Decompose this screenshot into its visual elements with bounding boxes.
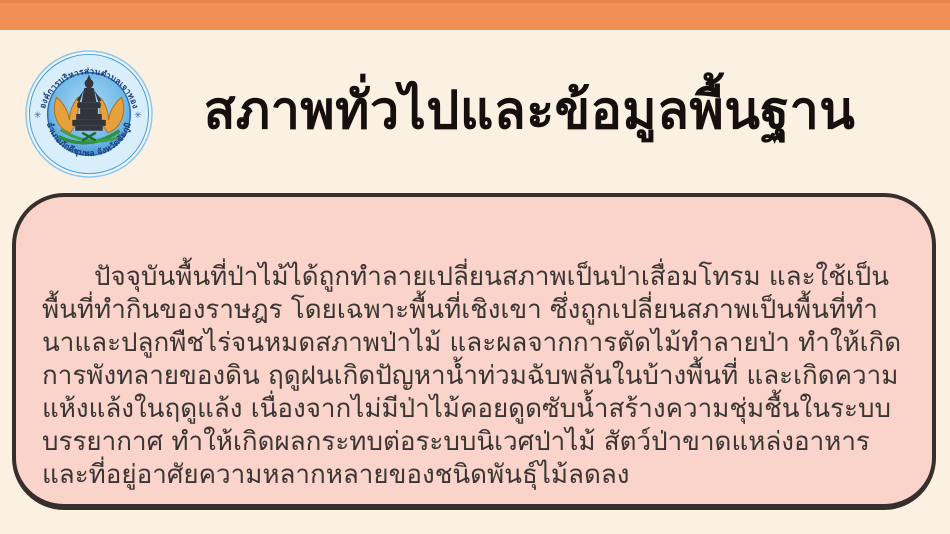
organization-seal-logo: องค์การบริหารส่วนตำบลเจาทอง อำเภอภักดีชุ… <box>25 50 153 178</box>
body-paragraph: ปัจจุบันพื้นที่ป่าไม้ได้ถูกทำลายเปลี่ยนส… <box>16 197 932 492</box>
page-title: สภาพทั่วไปและข้อมูลพื้นฐาน <box>153 82 906 139</box>
presentation-slide: องค์การบริหารส่วนตำบลเจาทอง อำเภอภักดีชุ… <box>0 0 950 534</box>
title-container: สภาพทั่วไปและข้อมูลพื้นฐาน <box>153 82 950 139</box>
header-bar <box>0 0 950 30</box>
content-box: ปัจจุบันพื้นที่ป่าไม้ได้ถูกทำลายเปลี่ยนส… <box>12 193 936 510</box>
slide-header: องค์การบริหารส่วนตำบลเจาทอง อำเภอภักดีชุ… <box>0 30 950 192</box>
seal-star-left-icon: ✳ <box>34 111 41 121</box>
seal-star-right-icon: ✳ <box>134 111 141 121</box>
